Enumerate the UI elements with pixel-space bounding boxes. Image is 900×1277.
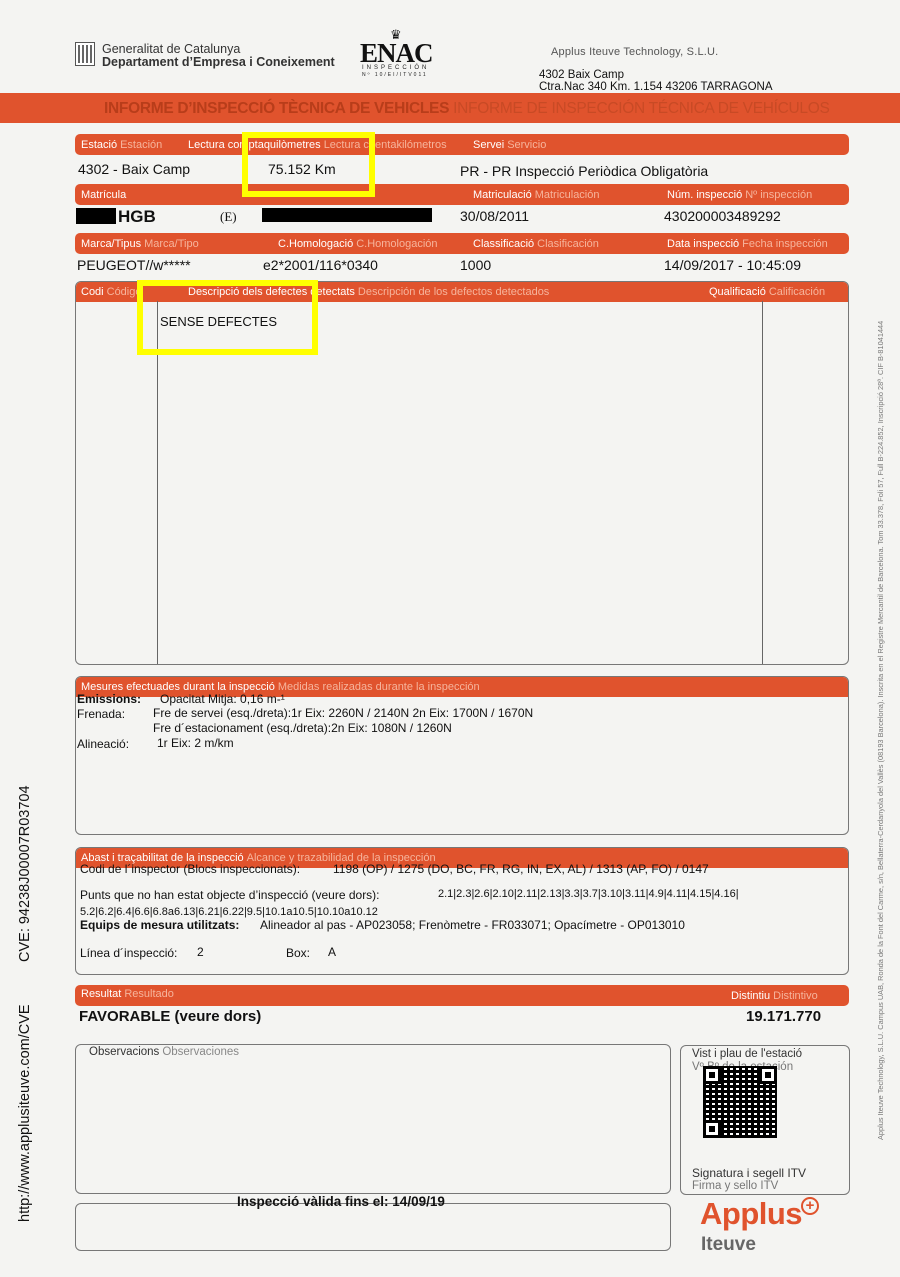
label-distintiu: DistintiuDistintivo: [731, 990, 818, 1002]
label-num-inspeccio: Núm. inspeccióNº inspección: [667, 189, 812, 201]
approval-label-ca: Vist i plau de l'estació: [692, 1048, 802, 1060]
enac-subtitle: INSPECCIÓN: [362, 65, 429, 71]
label-resultat: ResultatResultado: [81, 988, 174, 1000]
plus-circle-icon: +: [801, 1197, 819, 1215]
redacted-bastidor: [262, 208, 432, 222]
value-matricula: HGB: [118, 207, 156, 227]
distinctive-value: 19.171.770: [746, 1008, 821, 1025]
title-catalan: INFORME D’INSPECCIÓ TÈCNICA DE VEHICLES: [104, 100, 449, 117]
label-matriculacio: MatriculacióMatriculación: [473, 189, 600, 201]
value-matriculacio: 30/08/2011: [460, 208, 529, 224]
enac-number: Nº 10/EI/ITV011: [362, 72, 428, 78]
inspector-value: 1198 (OP) / 1275 (DO, BC, FR, RG, IN, EX…: [333, 862, 709, 876]
column-divider: [762, 301, 763, 664]
signature-label-ca: Signatura i segell ITV: [692, 1166, 806, 1180]
label-homologacio: C.HomologacióC.Homologación: [278, 238, 438, 250]
government-line2: Departament d’Empresa i Coneixement: [102, 55, 335, 69]
qr-finder: [703, 1066, 721, 1084]
highlight-odometer: [242, 132, 375, 197]
side-url: http://www.applusiteuve.com/CVE: [17, 1004, 33, 1222]
value-marca: PEUGEOT//w*****: [77, 257, 191, 273]
value-estacio: 4302 - Baix Camp: [78, 161, 190, 177]
line-label: Línea d´inspecció:: [80, 946, 177, 960]
validity-box: [75, 1203, 671, 1251]
alineacio-label: Alineació:: [77, 737, 129, 751]
line-value: 2: [197, 945, 204, 959]
value-data-inspeccio: 14/09/2017 - 10:45:09: [664, 257, 801, 273]
company-name: Applus Iteuve Technology, S.L.U.: [551, 46, 718, 58]
side-legal-text: Applus Iteuve Technology, S.L.U. Campus …: [876, 321, 885, 1140]
label-marca: Marca/TipusMarca/Tipo: [81, 238, 199, 250]
redacted-plate-prefix: [76, 208, 116, 224]
value-country: (E): [220, 209, 237, 225]
frenada-label: Frenada:: [77, 707, 125, 721]
label-servei: ServeiServicio: [473, 139, 546, 151]
col-qualificacio: QualificacióCalificación: [709, 286, 825, 298]
value-homologacio: e2*2001/116*0340: [263, 257, 378, 273]
not-inspected-line1: 2.1|2.3|2.6|2.10|2.11|2.13|3.3|3.7|3.10|…: [438, 888, 739, 900]
emissions-value: Opacitat Mitja: 0,16 m-¹: [160, 692, 285, 706]
station-address-line2: Ctra.Nac 340 Km. 1.154 43206 TARRAGONA: [539, 81, 773, 93]
not-inspected-line2: 5.2|6.2|6.4|6.6|6.8a6.13|6.21|6.22|9.5|1…: [80, 906, 378, 918]
side-cve: CVE: 94238J00007R03704: [17, 785, 33, 962]
generalitat-logo-icon: [75, 42, 95, 66]
observations-label: ObservacionsObservaciones: [89, 1046, 239, 1058]
equipment-value: Alineador al pas - AP023058; Frenòmetre …: [260, 918, 685, 932]
label-data-inspeccio: Data inspeccióFecha inspección: [667, 238, 828, 250]
frenada-line2: Fre d´estacionament (esq./dreta):2n Eix:…: [153, 721, 452, 735]
box-value: A: [328, 945, 336, 959]
qr-finder: [703, 1120, 721, 1138]
station-address-line1: 4302 Baix Camp: [539, 69, 624, 81]
label-classificacio: ClassificacióClasificación: [473, 238, 599, 250]
qr-code-icon: [703, 1066, 777, 1138]
highlight-defects: [137, 280, 318, 355]
inspector-label: Codi de l´inspector (Blocs inspeccionats…: [80, 862, 300, 876]
emissions-label: Emissions:: [77, 692, 141, 706]
value-num-inspeccio: 430200003489292: [664, 208, 781, 224]
col-codi: CodiCódigo: [81, 286, 141, 298]
not-inspected-label: Punts que no han estat objecte d’inspecc…: [80, 888, 380, 902]
observations-box: [75, 1044, 671, 1194]
equipment-label: Equips de mesura utilitzats:: [80, 918, 239, 932]
value-servei: PR - PR Inspecció Periòdica Obligatòria: [460, 163, 708, 179]
column-divider: [157, 301, 158, 664]
frenada-line1: Fre de servei (esq./dreta):1r Eix: 2260N…: [153, 706, 533, 720]
label-matricula: Matrícula: [81, 189, 126, 201]
iteuve-logo: Iteuve: [701, 1234, 756, 1256]
title-spanish: INFORME DE INSPECCIÓN TÉCNICA DE VEHÍCUL…: [453, 100, 829, 117]
qr-finder: [759, 1066, 777, 1084]
government-line1: Generalitat de Catalunya: [102, 42, 240, 56]
result-value: FAVORABLE (veure dors): [79, 1008, 261, 1025]
signature-label-es: Firma y sello ITV: [692, 1180, 778, 1192]
box-label: Box:: [286, 946, 310, 960]
document-title: INFORME D’INSPECCIÓ TÈCNICA DE VEHICLES …: [104, 100, 830, 118]
applus-logo: Applus: [700, 1196, 802, 1232]
label-estacio: EstacióEstación: [81, 139, 162, 151]
alineacio-value: 1r Eix: 2 m/km: [157, 736, 234, 750]
value-classificacio: 1000: [460, 257, 491, 273]
validity-text: Inspecció vàlida fins el: 14/09/19: [237, 1194, 445, 1209]
